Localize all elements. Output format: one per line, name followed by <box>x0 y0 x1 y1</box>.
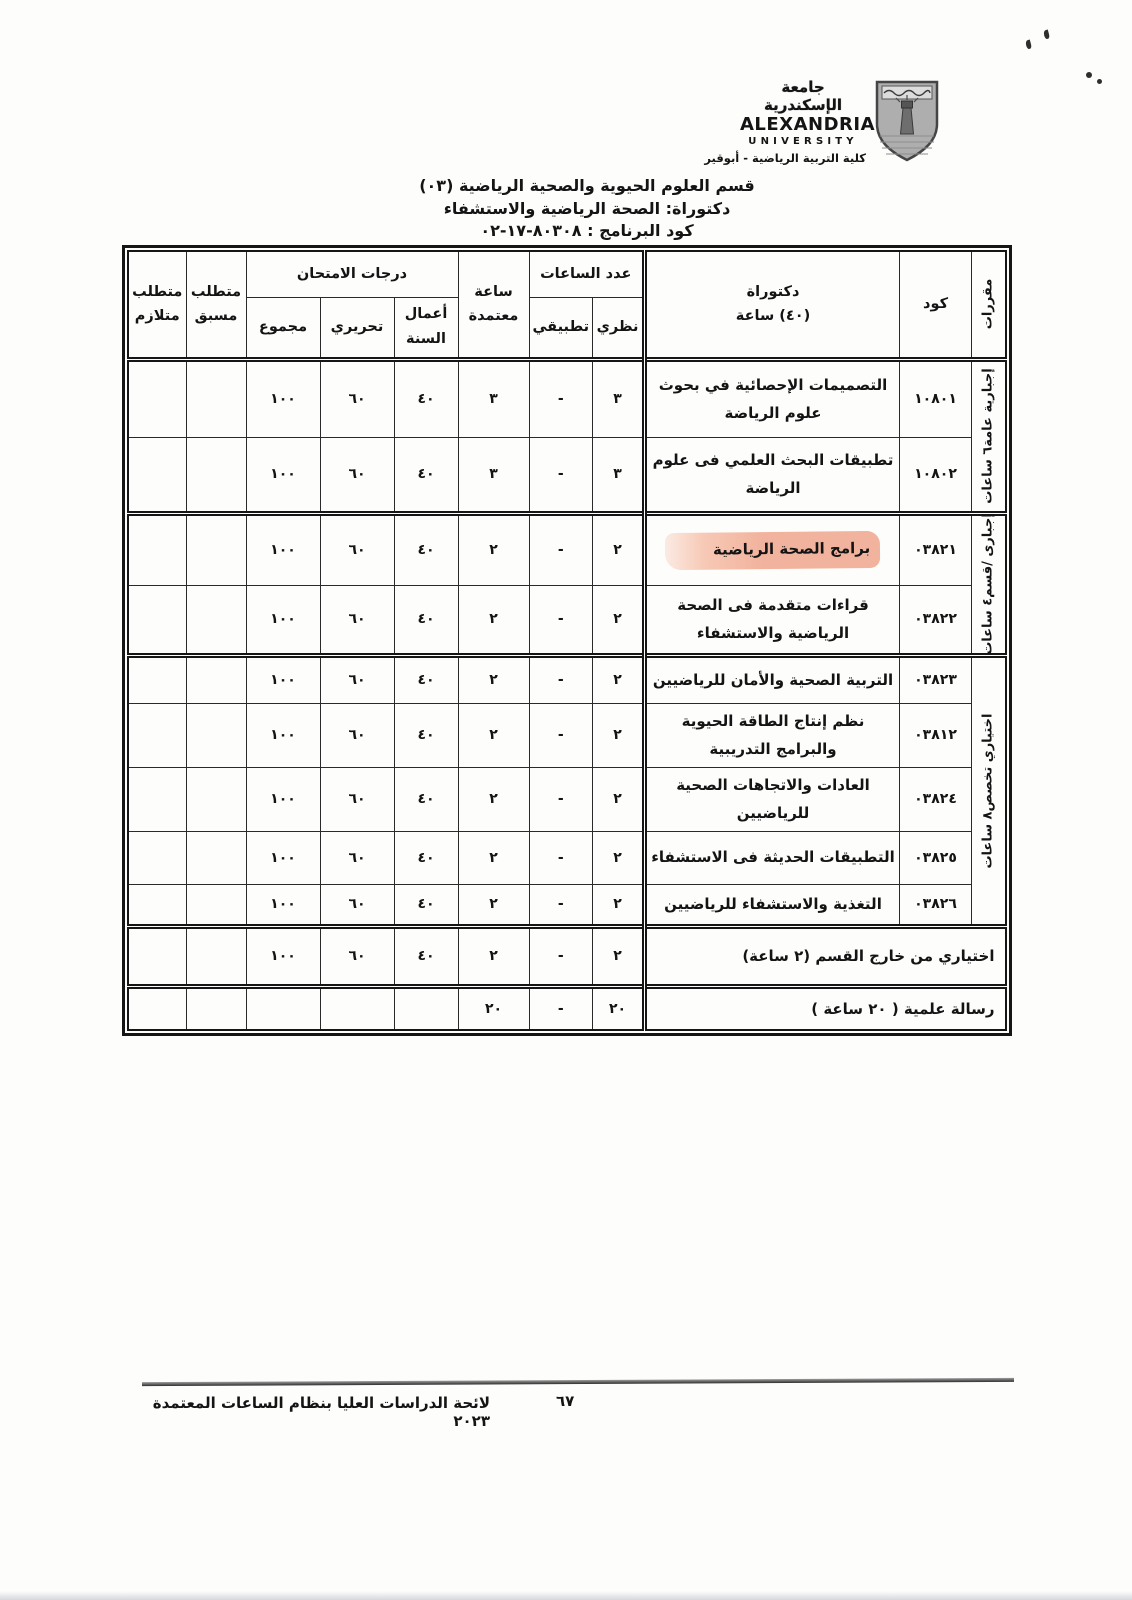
practical-cell: - <box>529 513 593 585</box>
footer-regulation-title: لائحة الدراسات العليا بنظام الساعات المع… <box>145 1394 490 1430</box>
header-hours-group: عدد الساعات <box>529 251 645 297</box>
header-written: تحريري <box>320 297 394 359</box>
course-code: ٠٣٨٢٢ <box>900 585 972 655</box>
course-name: العادات والاتجاهات الصحية للرياضيين <box>645 767 900 831</box>
scan-speck <box>1043 30 1050 40</box>
total-cell: ١٠٠ <box>246 767 320 831</box>
written-cell <box>320 986 394 1030</box>
summary-row: اختياري من خارج القسم (٢ ساعة) ٢ - ٢ ٤٠ … <box>128 926 1006 986</box>
written-cell: ٦٠ <box>320 926 394 986</box>
theory-cell: ٢ <box>593 703 645 767</box>
coreq-cell <box>128 926 186 986</box>
course-code: ٠٣٨٢١ <box>900 513 972 585</box>
theory-cell: ٢٠ <box>593 986 645 1030</box>
header-prerequisite: متطلب مسبق <box>186 251 246 359</box>
scan-speck <box>1025 40 1032 50</box>
header-total: مجموع <box>246 297 320 359</box>
course-row: ٠٣٨٢٤ العادات والاتجاهات الصحية للرياضيي… <box>128 767 1006 831</box>
total-cell: ١٠٠ <box>246 437 320 513</box>
course-name: نظم إنتاج الطاقة الحيوية والبرامج التدري… <box>645 703 900 767</box>
coreq-cell <box>128 655 186 703</box>
credit-cell: ٢٠ <box>458 986 529 1030</box>
prereq-cell <box>186 437 246 513</box>
university-latin-name: ALEXANDRIA <box>740 114 866 135</box>
total-cell: ١٠٠ <box>246 513 320 585</box>
footer-divider <box>142 1378 1014 1386</box>
course-row: ٠٣٨٢٢ قراءات متقدمة فى الصحة الرياضية وا… <box>128 585 1006 655</box>
total-cell: ١٠٠ <box>246 831 320 884</box>
header-theoretical: نظري <box>593 297 645 359</box>
course-row: ٠٣٨٢٦ التغذية والاستشفاء للرياضيين ٢ - ٢… <box>128 884 1006 926</box>
credit-cell: ٢ <box>458 703 529 767</box>
course-code: ٠٣٨٢٦ <box>900 884 972 926</box>
coreq-cell <box>128 986 186 1030</box>
practical-cell: - <box>529 986 593 1030</box>
yearwork-cell: ٤٠ <box>394 884 458 926</box>
credit-cell: ٣ <box>458 437 529 513</box>
course-name: التغذية والاستشفاء للرياضيين <box>645 884 900 926</box>
course-code: ٠٣٨٢٥ <box>900 831 972 884</box>
credit-cell: ٢ <box>458 655 529 703</box>
course-code: ١٠٨٠٢ <box>900 437 972 513</box>
scan-speck <box>1097 79 1102 84</box>
practical-cell: - <box>529 767 593 831</box>
header-credit-hour: ساعة معتمدة <box>458 251 529 359</box>
university-crest-icon <box>874 78 940 164</box>
prereq-cell <box>186 884 246 926</box>
faculty-name: كلية التربية الرياضية - أبوقير <box>730 151 866 165</box>
header-corequisite: متطلب متلازم <box>128 251 186 359</box>
yearwork-cell: ٤٠ <box>394 831 458 884</box>
written-cell: ٦٠ <box>320 767 394 831</box>
total-cell: ١٠٠ <box>246 926 320 986</box>
practical-cell: - <box>529 926 593 986</box>
page-number: ٦٧ <box>556 1392 574 1410</box>
prereq-cell <box>186 359 246 437</box>
university-latin-subname: UNIVERSITY <box>740 136 866 147</box>
theory-cell: ٢ <box>593 513 645 585</box>
yearwork-cell: ٤٠ <box>394 585 458 655</box>
coreq-cell <box>128 513 186 585</box>
summary-label: اختياري من خارج القسم (٢ ساعة) <box>645 926 1006 986</box>
program-title: دكتوراة: الصحة الرياضية والاستشفاء <box>142 198 1032 221</box>
group-label-cell: اختياري تخصص٨ ساعات <box>972 655 1006 926</box>
header-code: كود <box>900 251 972 359</box>
courses-table: مقررات كود دكتوراة (٤٠) ساعة عدد الساعات… <box>127 250 1007 1031</box>
practical-cell: - <box>529 655 593 703</box>
group-label-cell: إجبارى /قسم٤ ساعات <box>972 513 1006 655</box>
theory-cell: ٢ <box>593 926 645 986</box>
course-name: قراءات متقدمة فى الصحة الرياضية والاستشف… <box>645 585 900 655</box>
theory-cell: ٢ <box>593 831 645 884</box>
program-code: كود البرنامج : ٨٠٣٠٨-١٧-٠٢ <box>142 220 1032 243</box>
theory-cell: ٣ <box>593 437 645 513</box>
prereq-cell <box>186 986 246 1030</box>
yearwork-cell: ٤٠ <box>394 703 458 767</box>
written-cell: ٦٠ <box>320 703 394 767</box>
header-row-1: مقررات كود دكتوراة (٤٠) ساعة عدد الساعات… <box>128 251 1006 297</box>
course-name: التصميمات الإحصائية في بحوث علوم الرياضة <box>645 359 900 437</box>
group-label-cell: إجبارية عامة٦ ساعات <box>972 359 1006 513</box>
yearwork-cell: ٤٠ <box>394 655 458 703</box>
yearwork-cell: ٤٠ <box>394 767 458 831</box>
scan-edge-noise <box>0 1591 1132 1600</box>
header-exam-grades-group: درجات الامتحان <box>246 251 458 297</box>
total-cell: ١٠٠ <box>246 585 320 655</box>
credit-cell: ٢ <box>458 884 529 926</box>
prereq-cell <box>186 926 246 986</box>
coreq-cell <box>128 703 186 767</box>
university-logo-text: جامعة الإسكندرية ALEXANDRIA UNIVERSITY ك… <box>740 78 866 165</box>
coreq-cell <box>128 884 186 926</box>
total-cell: ١٠٠ <box>246 884 320 926</box>
theory-cell: ٣ <box>593 359 645 437</box>
prereq-cell <box>186 585 246 655</box>
written-cell: ٦٠ <box>320 437 394 513</box>
prereq-cell <box>186 831 246 884</box>
written-cell: ٦٠ <box>320 884 394 926</box>
written-cell: ٦٠ <box>320 831 394 884</box>
prereq-cell <box>186 513 246 585</box>
written-cell: ٦٠ <box>320 359 394 437</box>
document-title: قسم العلوم الحيوية والصحية الرياضية (٠٣)… <box>142 175 1032 243</box>
practical-cell: - <box>529 703 593 767</box>
credit-cell: ٢ <box>458 767 529 831</box>
course-row: ٠٣٨١٢ نظم إنتاج الطاقة الحيوية والبرامج … <box>128 703 1006 767</box>
total-cell: ١٠٠ <box>246 359 320 437</box>
prereq-cell <box>186 703 246 767</box>
university-letterhead: جامعة الإسكندرية ALEXANDRIA UNIVERSITY ك… <box>740 78 940 165</box>
theory-cell: ٢ <box>593 585 645 655</box>
practical-cell: - <box>529 437 593 513</box>
course-row: ١٠٨٠٢ تطبيقات البحث العلمي فى علوم الريا… <box>128 437 1006 513</box>
scanned-document-page: جامعة الإسكندرية ALEXANDRIA UNIVERSITY ك… <box>0 0 1132 1600</box>
credit-cell: ٢ <box>458 926 529 986</box>
course-name: برامج الصحة الرياضية <box>645 513 900 585</box>
theory-cell: ٢ <box>593 655 645 703</box>
credit-cell: ٢ <box>458 585 529 655</box>
course-code: ١٠٨٠١ <box>900 359 972 437</box>
course-row: إجبارية عامة٦ ساعات ١٠٨٠١ التصميمات الإح… <box>128 359 1006 437</box>
theory-cell: ٢ <box>593 767 645 831</box>
credit-cell: ٢ <box>458 831 529 884</box>
header-practical: تطبيقي <box>529 297 593 359</box>
header-courses: مقررات <box>972 251 1006 359</box>
course-name: تطبيقات البحث العلمي فى علوم الرياضة <box>645 437 900 513</box>
coreq-cell <box>128 359 186 437</box>
written-cell: ٦٠ <box>320 655 394 703</box>
yearwork-cell <box>394 986 458 1030</box>
practical-cell: - <box>529 359 593 437</box>
header-program: دكتوراة (٤٠) ساعة <box>645 251 900 359</box>
credit-cell: ٣ <box>458 359 529 437</box>
course-name: التطبيقات الحديثة فى الاستشفاء <box>645 831 900 884</box>
practical-cell: - <box>529 831 593 884</box>
total-cell <box>246 986 320 1030</box>
total-cell: ١٠٠ <box>246 655 320 703</box>
summary-row: رسالة علمية ( ٢٠ ساعة ) ٢٠ - ٢٠ <box>128 986 1006 1030</box>
department-title: قسم العلوم الحيوية والصحية الرياضية (٠٣) <box>142 175 1032 198</box>
course-name: التربية الصحية والأمان للرياضيين <box>645 655 900 703</box>
credit-cell: ٢ <box>458 513 529 585</box>
written-cell: ٦٠ <box>320 513 394 585</box>
written-cell: ٦٠ <box>320 585 394 655</box>
prereq-cell <box>186 655 246 703</box>
total-cell: ١٠٠ <box>246 703 320 767</box>
yearwork-cell: ٤٠ <box>394 926 458 986</box>
coreq-cell <box>128 437 186 513</box>
course-code: ٠٣٨٢٣ <box>900 655 972 703</box>
yearwork-cell: ٤٠ <box>394 513 458 585</box>
course-code: ٠٣٨١٢ <box>900 703 972 767</box>
header-yearwork: أعمال السنة <box>394 297 458 359</box>
course-code: ٠٣٨٢٤ <box>900 767 972 831</box>
practical-cell: - <box>529 884 593 926</box>
course-row: اختياري تخصص٨ ساعات ٠٣٨٢٣ التربية الصحية… <box>128 655 1006 703</box>
summary-label: رسالة علمية ( ٢٠ ساعة ) <box>645 986 1006 1030</box>
university-arabic-name: جامعة الإسكندرية <box>740 78 866 114</box>
coreq-cell <box>128 585 186 655</box>
prereq-cell <box>186 767 246 831</box>
highlighted-course-name: برامج الصحة الرياضية <box>665 531 881 570</box>
coreq-cell <box>128 831 186 884</box>
yearwork-cell: ٤٠ <box>394 359 458 437</box>
yearwork-cell: ٤٠ <box>394 437 458 513</box>
practical-cell: - <box>529 585 593 655</box>
theory-cell: ٢ <box>593 884 645 926</box>
scan-speck <box>1086 72 1092 78</box>
course-row: ٠٣٨٢٥ التطبيقات الحديثة فى الاستشفاء ٢ -… <box>128 831 1006 884</box>
coreq-cell <box>128 767 186 831</box>
course-row: إجبارى /قسم٤ ساعات ٠٣٨٢١ برامج الصحة الر… <box>128 513 1006 585</box>
courses-table-wrapper: مقررات كود دكتوراة (٤٠) ساعة عدد الساعات… <box>122 245 1012 1036</box>
